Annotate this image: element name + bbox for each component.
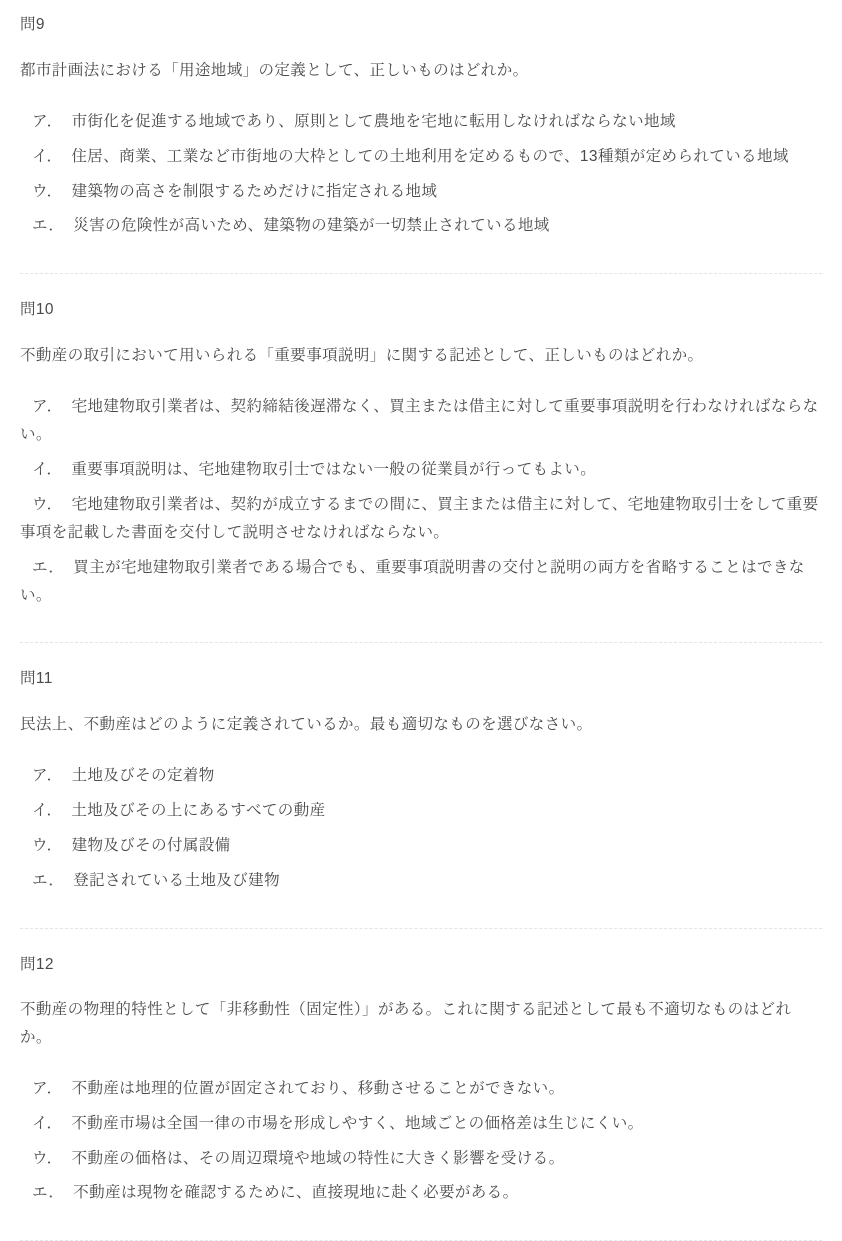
option-text: 住居、商業、工業など市街地の大枠としての土地利用を定めるもので、13種類が定めら…	[71, 148, 788, 165]
option-text: 市街化を促進する地域であり、原則として農地を宅地に転用しなければならない地域	[72, 113, 676, 130]
answer-option: ウ．宅地建物取引業者は、契約が成立するまでの間に、買主または借主に対して、宅地建…	[20, 491, 820, 547]
option-text: 不動産は地理的位置が固定されており、移動させることができない。	[72, 1080, 565, 1097]
option-text: 宅地建物取引業者は、契約が成立するまでの間に、買主または借主に対して、宅地建物取…	[20, 496, 819, 541]
option-letter: ア．	[32, 1080, 63, 1097]
option-text: 土地及びその定着物	[72, 767, 215, 784]
question-number: 問9	[20, 14, 820, 36]
question-list: 問9 都市計画法における「用途地域」の定義として、正しいものはどれか。 ア．市街…	[20, 10, 822, 1241]
answer-option: エ．不動産は現物を確認するために、直接現地に赴く必要がある。	[20, 1179, 820, 1207]
option-list: ア．市街化を促進する地域であり、原則として農地を宅地に転用しなければならない地域…	[20, 108, 820, 241]
option-letter: エ．	[32, 872, 64, 889]
option-text: 不動産は現物を確認するために、直接現地に赴く必要がある。	[73, 1184, 518, 1201]
option-text: 宅地建物取引業者は、契約締結後遅滞なく、買主または借主に対して重要事項説明を行わ…	[20, 398, 819, 443]
option-text: 不動産市場は全国一律の市場を形成しやすく、地域ごとの価格差は生じにくい。	[71, 1115, 643, 1132]
answer-option: イ．住居、商業、工業など市街地の大枠としての土地利用を定めるもので、13種類が定…	[20, 143, 820, 171]
option-list: ア．宅地建物取引業者は、契約締結後遅滞なく、買主または借主に対して重要事項説明を…	[20, 393, 820, 609]
question-section: 問12 不動産の物理的特性として「非移動性（固定性）」がある。これに関する記述と…	[20, 929, 822, 1241]
option-letter: ウ．	[32, 183, 63, 200]
option-letter: イ．	[32, 1115, 62, 1132]
answer-option: ウ．建物及びその付属設備	[20, 832, 820, 860]
answer-option: イ．土地及びその上にあるすべての動産	[20, 797, 820, 825]
answer-option: エ．買主が宅地建物取引業者である場合でも、重要事項説明書の交付と説明の両方を省略…	[20, 554, 820, 610]
option-text: 建物及びその付属設備	[72, 837, 231, 854]
question-number: 問10	[20, 299, 820, 321]
option-list: ア．不動産は地理的位置が固定されており、移動させることができない。 イ．不動産市…	[20, 1075, 820, 1208]
question-statement: 不動産の取引において用いられる「重要事項説明」に関する記述として、正しいものはど…	[20, 342, 820, 369]
option-letter: ウ．	[32, 496, 63, 513]
option-letter: イ．	[32, 148, 62, 165]
exam-page: 問9 都市計画法における「用途地域」の定義として、正しいものはどれか。 ア．市街…	[0, 0, 842, 1241]
answer-option: エ．災害の危険性が高いため、建築物の建築が一切禁止されている地域	[20, 212, 820, 240]
answer-option: イ．不動産市場は全国一律の市場を形成しやすく、地域ごとの価格差は生じにくい。	[20, 1110, 820, 1138]
answer-option: ウ．不動産の価格は、その周辺環境や地域の特性に大きく影響を受ける。	[20, 1145, 820, 1173]
option-text: 登記されている土地及び建物	[73, 872, 280, 889]
option-text: 土地及びその上にあるすべての動産	[71, 802, 325, 819]
option-letter: エ．	[32, 559, 64, 576]
option-letter: ア．	[32, 767, 63, 784]
option-letter: イ．	[32, 802, 62, 819]
option-text: 災害の危険性が高いため、建築物の建築が一切禁止されている地域	[73, 217, 549, 234]
option-text: 建築物の高さを制限するためだけに指定される地域	[72, 183, 438, 200]
answer-option: ア．不動産は地理的位置が固定されており、移動させることができない。	[20, 1075, 820, 1103]
option-letter: エ．	[32, 217, 64, 234]
question-statement: 都市計画法における「用途地域」の定義として、正しいものはどれか。	[20, 57, 820, 84]
answer-option: イ．重要事項説明は、宅地建物取引士ではない一般の従業員が行ってもよい。	[20, 456, 820, 484]
answer-option: ウ．建築物の高さを制限するためだけに指定される地域	[20, 178, 820, 206]
question-section: 問11 民法上、不動産はどのように定義されているか。最も適切なものを選びなさい。…	[20, 643, 822, 928]
question-number: 問12	[20, 954, 820, 976]
answer-option: ア．宅地建物取引業者は、契約締結後遅滞なく、買主または借主に対して重要事項説明を…	[20, 393, 820, 449]
option-letter: ウ．	[32, 1150, 63, 1167]
option-text: 不動産の価格は、その周辺環境や地域の特性に大きく影響を受ける。	[72, 1150, 565, 1167]
option-text: 重要事項説明は、宅地建物取引士ではない一般の従業員が行ってもよい。	[71, 461, 596, 478]
option-letter: イ．	[32, 461, 62, 478]
option-text: 買主が宅地建物取引業者である場合でも、重要事項説明書の交付と説明の両方を省略する…	[20, 559, 805, 604]
answer-option: ア．市街化を促進する地域であり、原則として農地を宅地に転用しなければならない地域	[20, 108, 820, 136]
answer-option: エ．登記されている土地及び建物	[20, 867, 820, 895]
option-letter: ア．	[32, 398, 63, 415]
option-letter: エ．	[32, 1184, 64, 1201]
question-number: 問11	[20, 668, 820, 690]
question-section: 問10 不動産の取引において用いられる「重要事項説明」に関する記述として、正しい…	[20, 274, 822, 643]
option-letter: ア．	[32, 113, 63, 130]
question-section: 問9 都市計画法における「用途地域」の定義として、正しいものはどれか。 ア．市街…	[20, 10, 822, 274]
answer-option: ア．土地及びその定着物	[20, 762, 820, 790]
option-list: ア．土地及びその定着物 イ．土地及びその上にあるすべての動産 ウ．建物及びその付…	[20, 762, 820, 895]
question-statement: 民法上、不動産はどのように定義されているか。最も適切なものを選びなさい。	[20, 711, 820, 738]
question-statement: 不動産の物理的特性として「非移動性（固定性）」がある。これに関する記述として最も…	[20, 996, 820, 1050]
option-letter: ウ．	[32, 837, 63, 854]
